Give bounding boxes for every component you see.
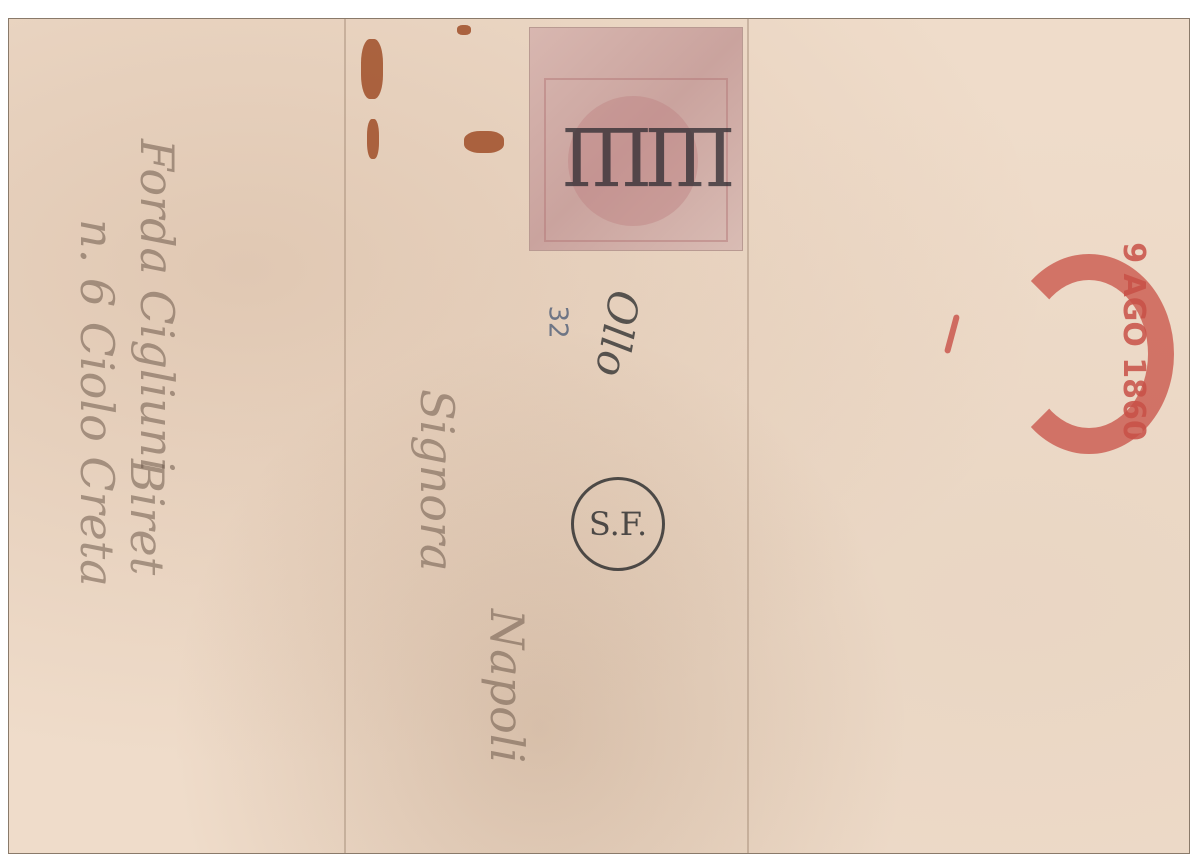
handwriting-line: n. 6 Ciolo Creta [70,219,124,587]
rust-stain [367,119,379,159]
letter-cover: Forda Cigliuni n. 6 Ciolo Creta Biret Si… [8,18,1190,854]
rust-stain [361,39,383,99]
fold-line [344,19,346,853]
handwriting-line: Signora [410,389,464,571]
sf-postmark: S.F. [571,477,665,571]
sf-postmark-text: S.F. [589,505,647,543]
fan-cancellation-mark: ШШ [569,109,736,202]
handwriting-line: Forda Cigliuni [130,139,184,472]
fold-line [747,19,749,853]
red-date-postmark: 9 AGO 1860 [984,244,1174,459]
rust-stain [457,25,471,35]
ink-note: Ollo [586,287,649,381]
pencil-note: 32 [543,305,573,338]
rust-stain [464,131,504,153]
red-ink-mark [944,314,960,354]
handwriting-line: Biret [120,459,174,575]
postmark-date: 9 AGO 1860 [1116,242,1151,441]
handwriting-line: Napoli [480,609,534,763]
